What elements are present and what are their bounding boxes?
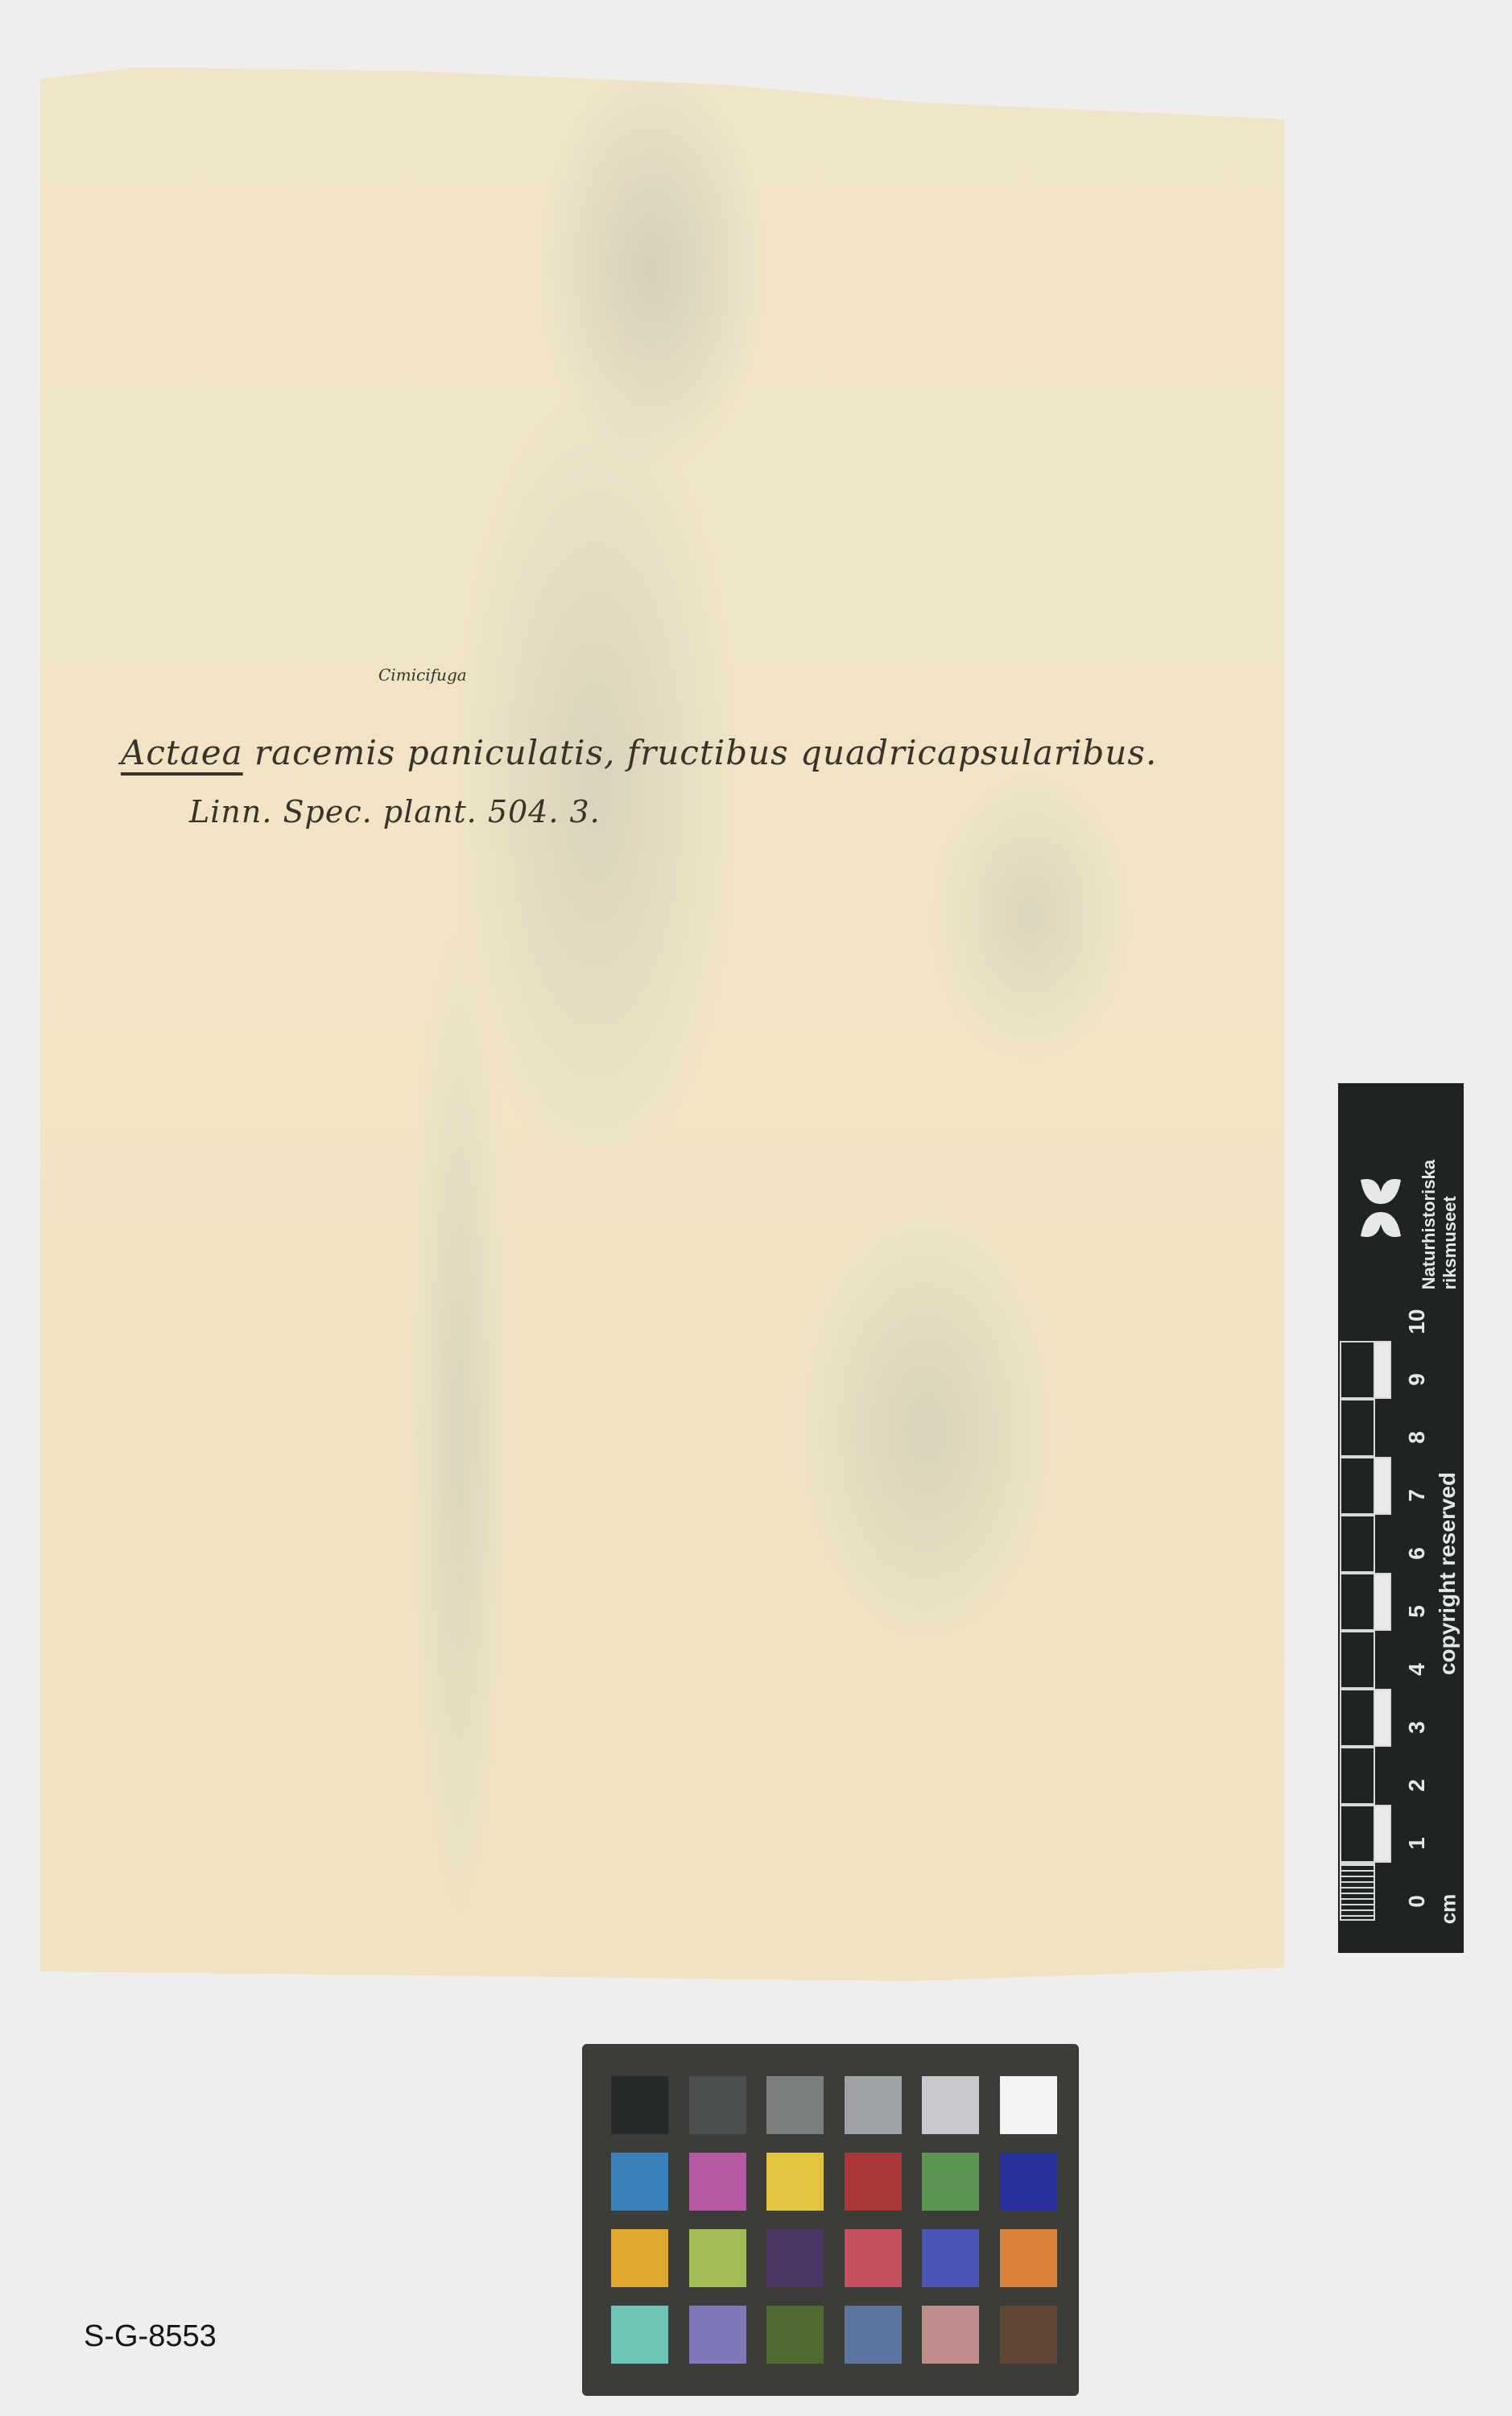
- color-patch: [689, 2306, 746, 2364]
- tick-0: 0: [1404, 1885, 1430, 1917]
- color-patch: [766, 2153, 824, 2211]
- tick-4: 4: [1404, 1653, 1430, 1686]
- label-genus: Actaea: [121, 733, 243, 772]
- unit-label: cm: [1436, 1894, 1460, 1925]
- color-patch: [845, 2229, 902, 2287]
- tick-1: 1: [1404, 1827, 1430, 1860]
- color-patch: [766, 2229, 824, 2287]
- catalog-number: S-G-8553: [84, 2319, 217, 2354]
- tick-8: 8: [1404, 1421, 1430, 1454]
- color-patch: [1000, 2076, 1057, 2134]
- institution-name: Naturhistoriska riksmuseet: [1419, 1160, 1460, 1289]
- color-patch: [922, 2306, 979, 2364]
- genus-annotation: Cimicifuga: [378, 665, 467, 685]
- color-patch: [766, 2306, 824, 2364]
- color-patch: [611, 2306, 668, 2364]
- label-description: racemis paniculatis, fructibus quadricap…: [254, 733, 1157, 772]
- color-patch: [1000, 2153, 1057, 2211]
- color-patch: [1000, 2306, 1057, 2364]
- color-patch: [922, 2229, 979, 2287]
- tick-7: 7: [1404, 1479, 1430, 1512]
- tick-3: 3: [1404, 1711, 1430, 1744]
- color-patch: [689, 2076, 746, 2134]
- label-line-1: Actaea racemis paniculatis, fructibus qu…: [121, 733, 1157, 772]
- color-patch: [689, 2229, 746, 2287]
- color-patch: [845, 2153, 902, 2211]
- tick-10: 10: [1404, 1305, 1430, 1338]
- color-calibration-chart: [582, 2044, 1079, 2396]
- label-line-2: Linn. Spec. plant. 504. 3.: [189, 794, 601, 829]
- herbarium-sheet: Cimicifuga Actaea racemis paniculatis, f…: [40, 60, 1284, 1981]
- copyright-text: copyright reserved: [1435, 1337, 1460, 1675]
- cm-scale: [1340, 1341, 1391, 1917]
- tick-2: 2: [1404, 1769, 1430, 1802]
- color-patch: [611, 2229, 668, 2287]
- color-patch: [922, 2153, 979, 2211]
- color-patch: [922, 2076, 979, 2134]
- color-patch: [1000, 2229, 1057, 2287]
- tick-6: 6: [1404, 1537, 1430, 1570]
- color-patch: [611, 2153, 668, 2211]
- color-patch: [845, 2306, 902, 2364]
- color-patch: [689, 2153, 746, 2211]
- tick-5: 5: [1404, 1595, 1430, 1628]
- color-patch: [766, 2076, 824, 2134]
- scale-ruler: Naturhistoriska riksmuseet copyright res…: [1338, 1083, 1464, 1953]
- museum-logo-icon: [1353, 1172, 1409, 1244]
- color-patch: [845, 2076, 902, 2134]
- color-patch: [611, 2076, 668, 2134]
- tick-9: 9: [1404, 1363, 1430, 1396]
